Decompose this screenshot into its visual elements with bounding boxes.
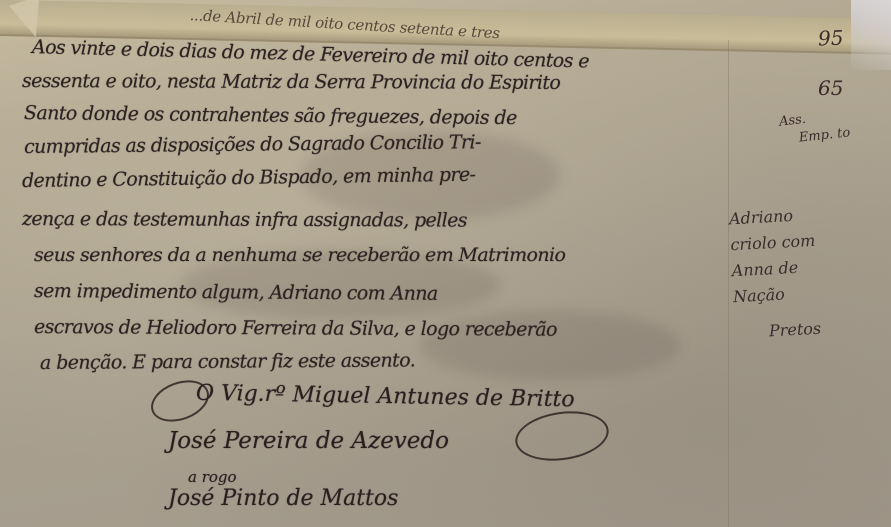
witness-1-signature: José Pereira de Azevedo	[168, 428, 449, 454]
signature-block: O Vig.rº Miguel Antunes de Britto José P…	[0, 0, 891, 527]
document-photo: ...de Abril de mil oito centos setenta e…	[0, 0, 891, 527]
witness-2-signature: José Pinto de Mattos	[168, 486, 398, 511]
signature-flourish	[512, 406, 612, 467]
vicar-signature: O Vig.rº Miguel Antunes de Britto	[196, 381, 575, 413]
witness-2-prefix: a rogo	[188, 468, 237, 486]
